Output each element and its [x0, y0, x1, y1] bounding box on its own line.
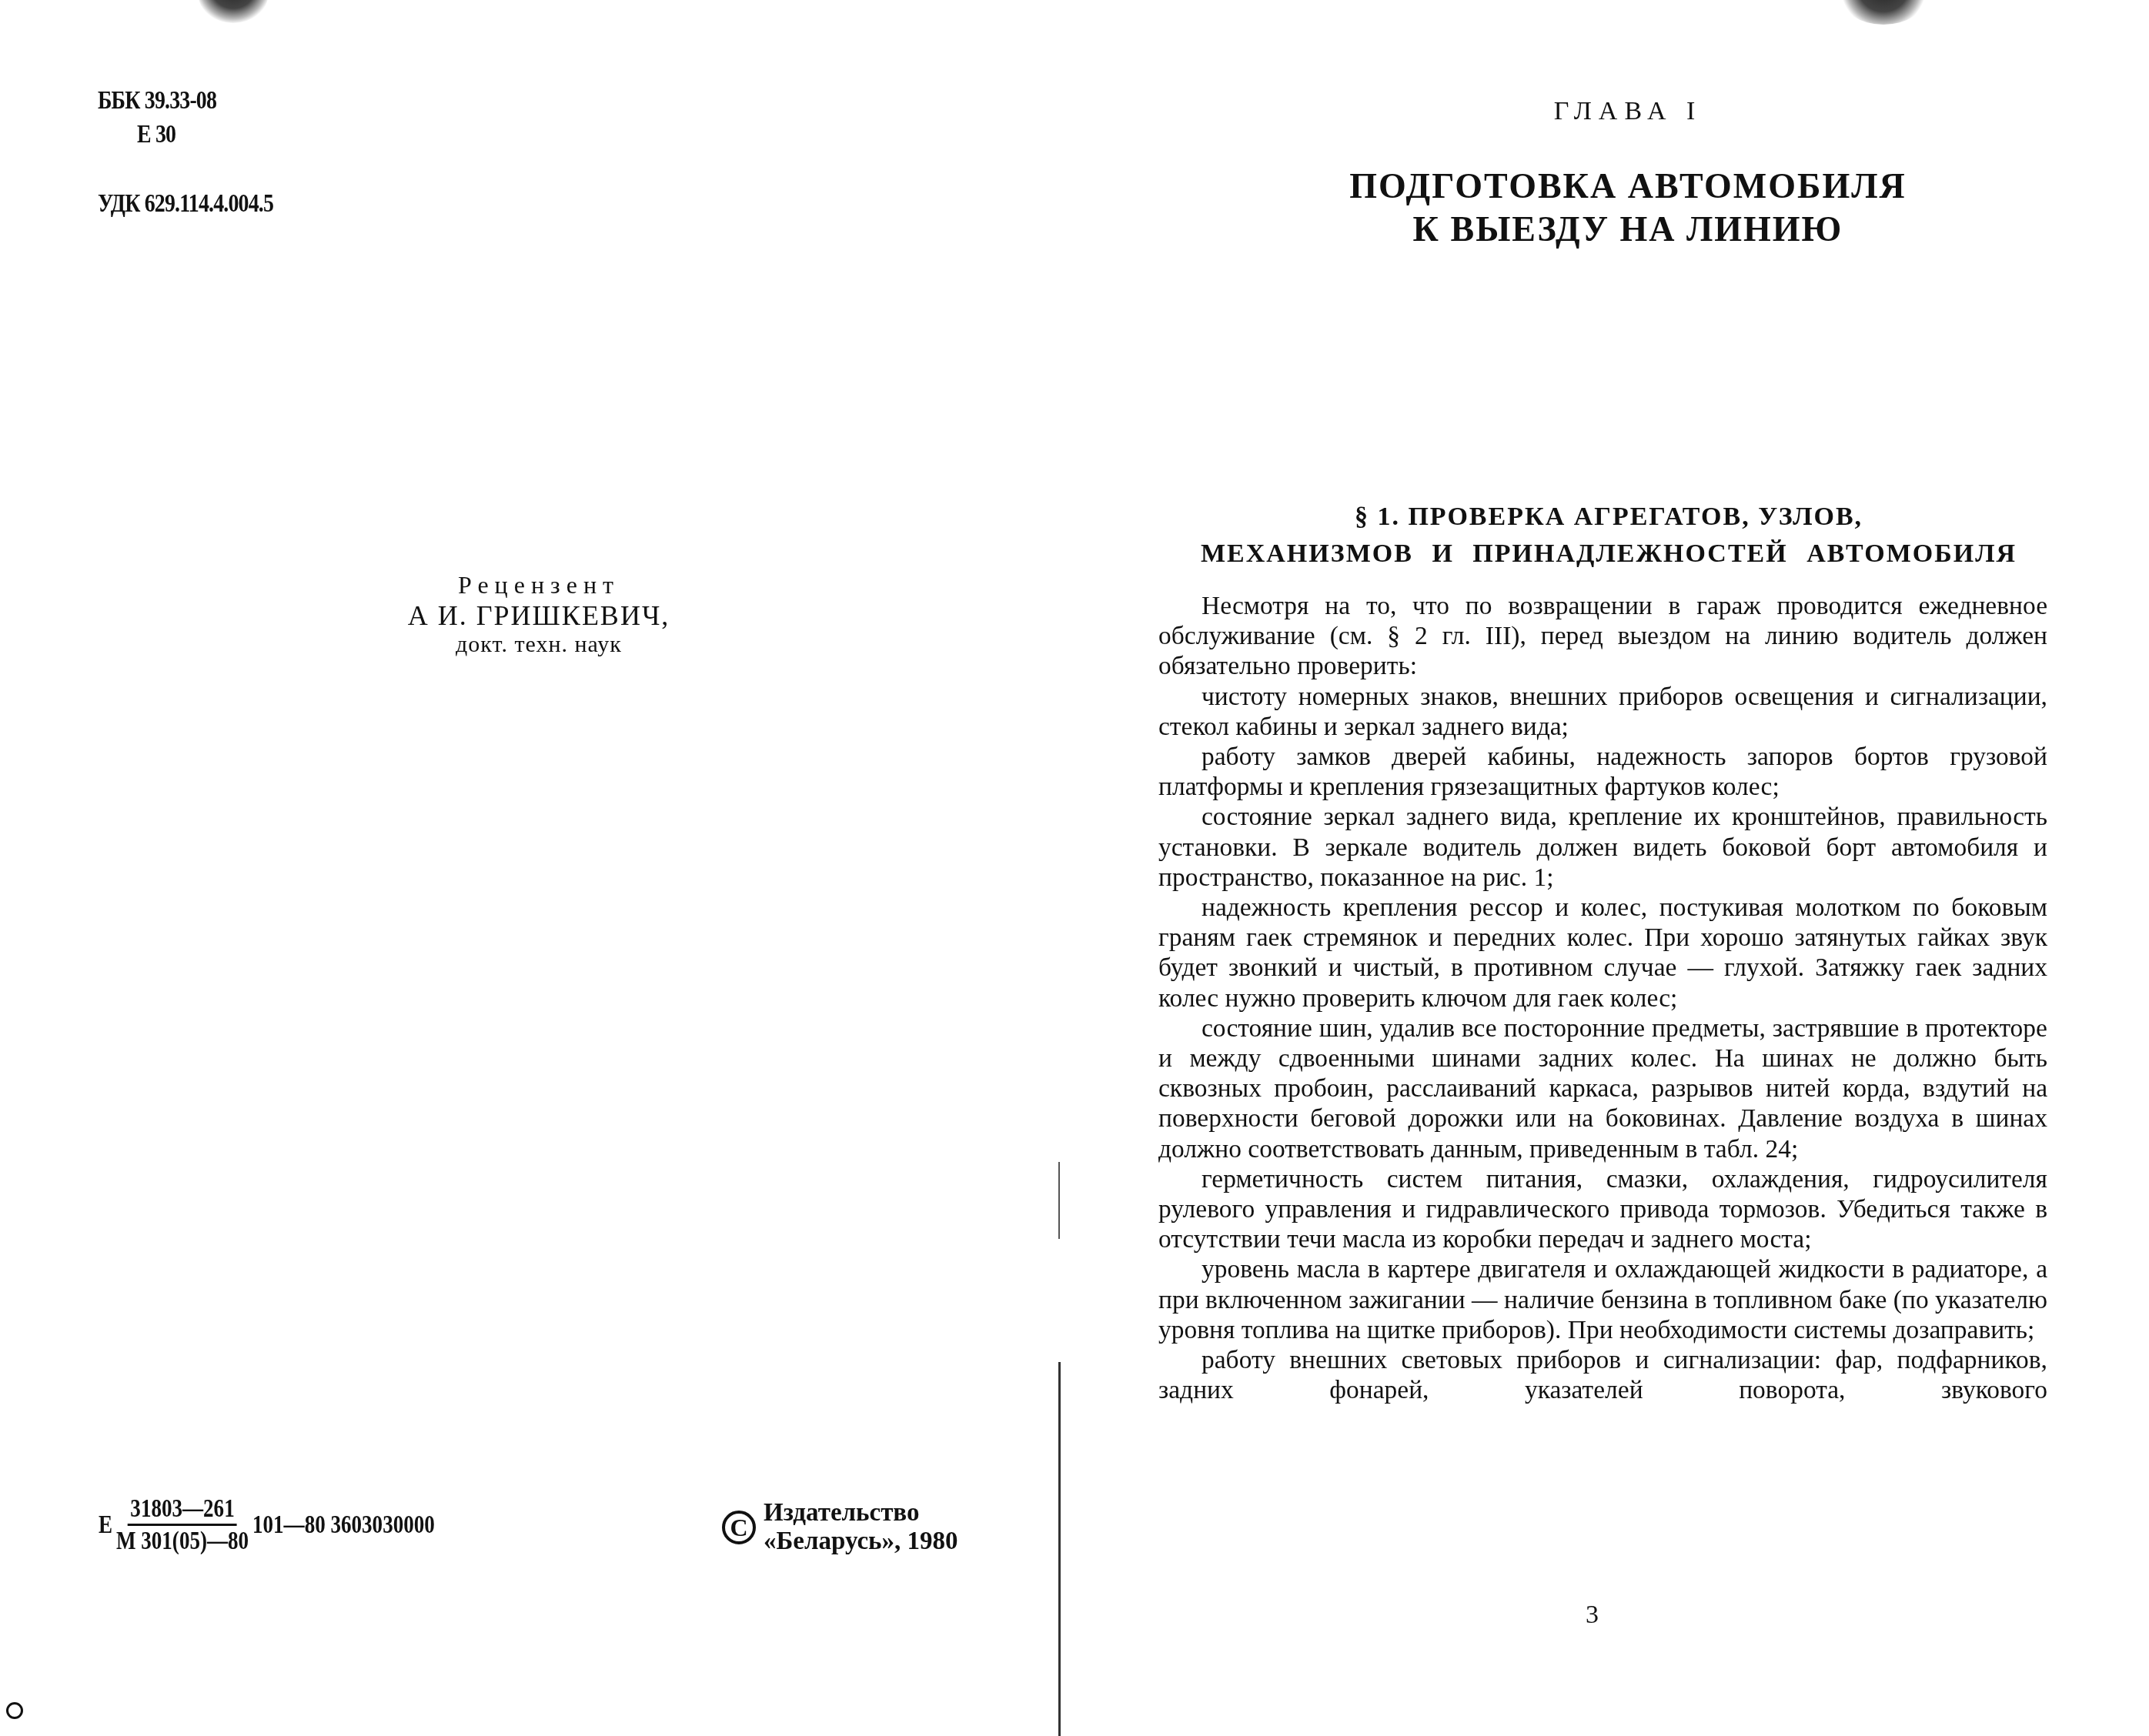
section-heading-line-2: МЕХАНИЗМОВ И ПРИНАДЛЕЖНОСТЕЙ АВТОМОБИЛЯ: [1155, 536, 2063, 573]
imprint-fraction: 31803—261 М 301(05)—80: [116, 1494, 249, 1557]
paragraph-tires: состояние шин, удалив все посторонние пр…: [1158, 1013, 2047, 1164]
udk-code: УДК 629.114.4.004.5: [98, 189, 273, 219]
paragraph-mirrors: состояние зеркал заднего вида, крепление…: [1158, 802, 2047, 893]
paragraph-sealing: герметичность систем питания, смазки, ох…: [1158, 1164, 2047, 1255]
chapter-title-line-1: ПОДГОТОВКА АВТОМОБИЛЯ: [1270, 165, 1986, 208]
body-text: Несмотря на то, что по возвращении в гар…: [1158, 591, 2047, 1405]
paragraph-plates: чистоту номерных знаков, внешних приборо…: [1158, 682, 2047, 742]
section-heading: § 1. ПРОВЕРКА АГРЕГАТОВ, УЗЛОВ, МЕХАНИЗМ…: [1155, 499, 2063, 573]
publisher-name: Издательство: [764, 1499, 958, 1527]
imprint-code: Е 31803—261 М 301(05)—80 101—80 36030300…: [99, 1494, 435, 1557]
imprint-denominator: М 301(05)—80: [116, 1526, 249, 1557]
reviewer-label: Рецензент: [346, 571, 731, 599]
reviewer-block: Рецензент А И. ГРИШКЕВИЧ, докт. техн. на…: [346, 571, 731, 658]
publisher-line-2: «Беларусь», 1980: [764, 1527, 958, 1556]
paragraph-fluids: уровень масла в картере двигателя и охла…: [1158, 1254, 2047, 1345]
page-number: 3: [1586, 1601, 1599, 1630]
chapter-title-line-2: К ВЫЕЗДУ НА ЛИНИЮ: [1270, 208, 1986, 251]
imprint-prefix: Е: [99, 1511, 112, 1540]
reviewer-name: А И. ГРИШКЕВИЧ,: [346, 599, 731, 632]
paragraph-springs: надежность крепления рессор и колес, пос…: [1158, 893, 2047, 1013]
imprint-suffix: 101—80 3603030000: [252, 1511, 435, 1540]
copyright-icon: C: [722, 1511, 756, 1544]
reviewer-degree: докт. техн. наук: [346, 632, 731, 658]
author-mark: Е 30: [137, 120, 175, 149]
copyright-block: C Издательство «Беларусь», 1980: [722, 1499, 958, 1556]
paragraph-lights: работу внешних световых приборов и сигна…: [1158, 1345, 2047, 1405]
copyright-text: Издательство «Беларусь», 1980: [764, 1499, 958, 1556]
imprint-numerator: 31803—261: [128, 1494, 237, 1526]
chapter-label: ГЛАВА I: [1308, 97, 1947, 126]
section-heading-line-1: § 1. ПРОВЕРКА АГРЕГАТОВ, УЗЛОВ,: [1155, 499, 2063, 536]
paragraph-locks: работу замков дверей кабины, надежность …: [1158, 742, 2047, 802]
paragraph-intro: Несмотря на то, что по возвращении в гар…: [1158, 591, 2047, 682]
left-page: ББК 39.33-08 Е 30 УДК 629.114.4.004.5 Ре…: [0, 0, 1062, 1736]
bbk-code: ББК 39.33-08: [98, 86, 216, 115]
chapter-title: ПОДГОТОВКА АВТОМОБИЛЯ К ВЫЕЗДУ НА ЛИНИЮ: [1270, 165, 1986, 251]
